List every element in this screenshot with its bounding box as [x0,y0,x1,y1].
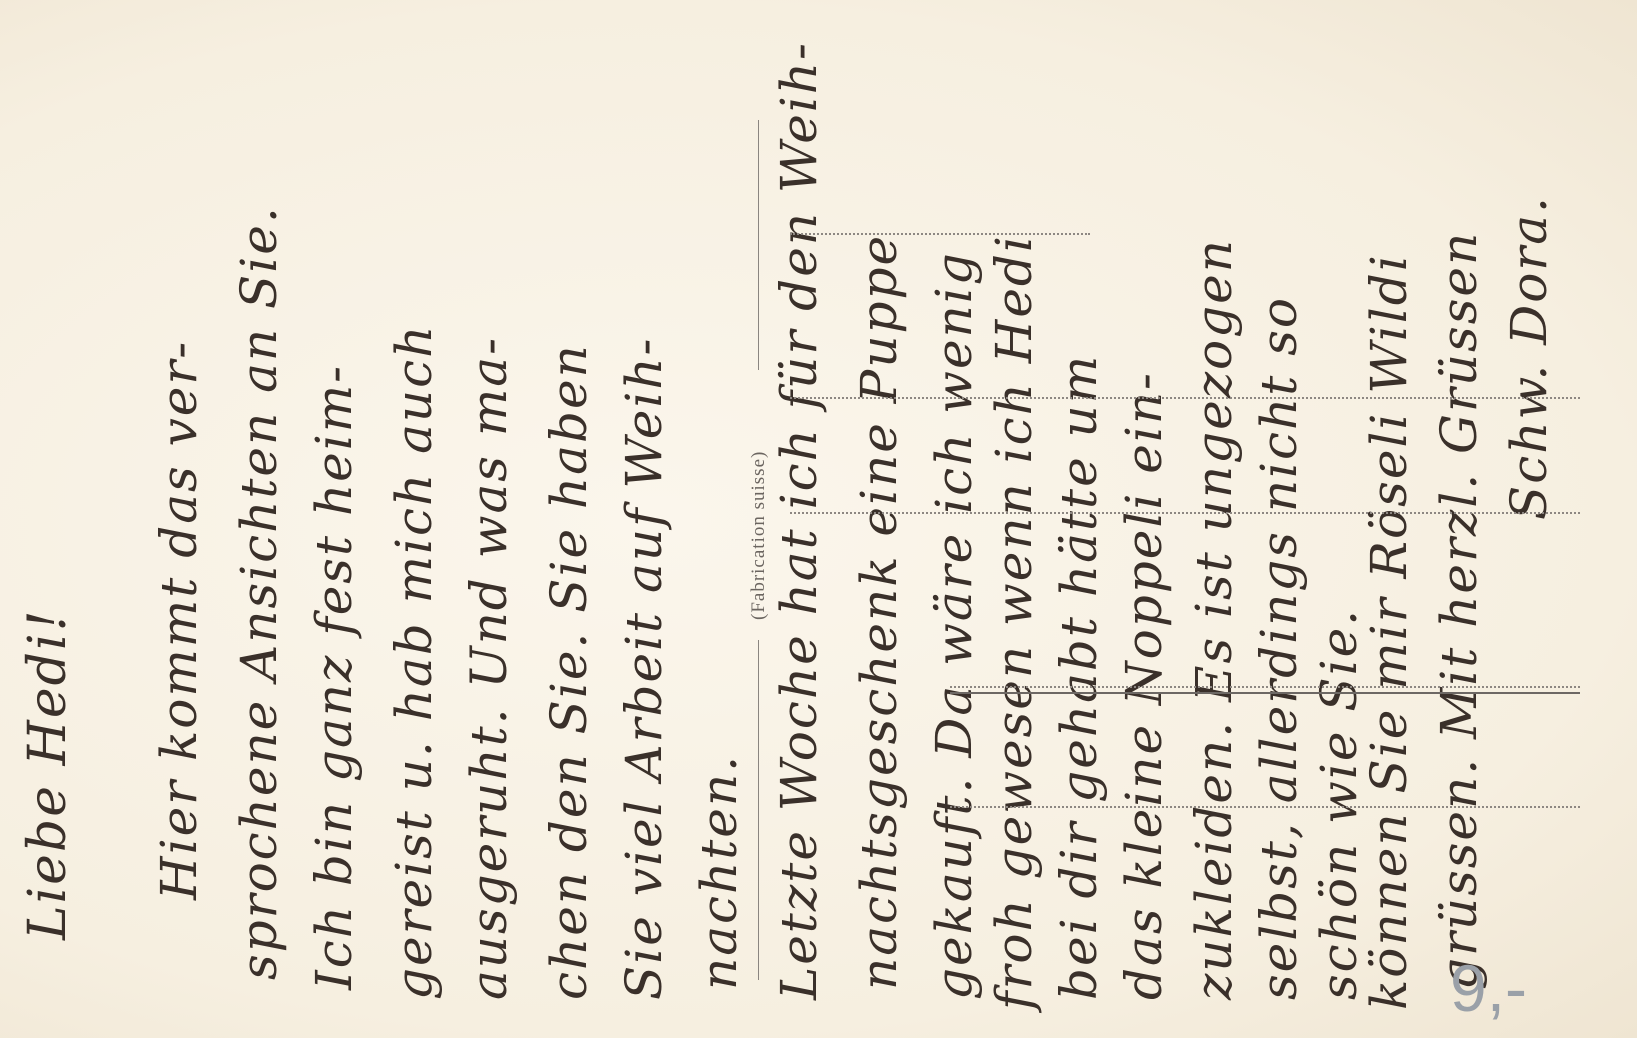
signature: Schw. Dora. [1500,195,1558,520]
text-line-11: gekauft. Da wäre ich wenig [925,251,983,1000]
fabrication-label: (Fabrication suisse) [748,451,770,620]
text-line-19: grüssen. Mit herzl. Grüssen [1430,231,1488,990]
text-line-9: Letzte Woche hat ich für den Weih- [770,41,828,1000]
address-rule [950,692,1580,694]
text-line-13: bei dir gehabt hätte um [1050,354,1108,1000]
pencil-price-mark: 9,- [1450,950,1527,1026]
text-line-18: können Sie mir Röseli Wildi [1360,253,1418,1010]
text-line-7: Sie viel Arbeit auf Weih- [615,337,673,1000]
text-line-12: froh gewesen wenn ich Hedi [985,234,1043,1010]
text-line-3: Ich bin ganz fest heim- [305,364,363,990]
text-line-4: gereist u. hab mich auch [385,324,443,1000]
divider-top [758,120,759,370]
address-line-3 [790,512,1580,514]
text-line-5: ausgeruht. Und was ma- [460,336,518,1000]
address-line-1 [790,233,1090,235]
postcard-back: Liebe Hedi! Hier kommt das ver- sprochen… [0,0,1637,1038]
text-line-16: selbst, allerdings nicht so [1250,296,1308,1000]
text-line-6: chen den Sie. Sie haben [540,343,598,1000]
text-line-1: Hier kommt das ver- [150,340,208,900]
address-line-2 [790,397,1580,399]
text-line-10: nachtsgeschenk eine Puppe [850,234,908,990]
greeting-line: Liebe Hedi! [18,609,78,940]
text-line-15: zukleiden. Es ist ungezogen [1185,238,1243,1000]
divider-bottom [758,640,759,980]
address-line-5 [950,806,1580,808]
text-line-2: sprochene Ansichten an Sie. [230,205,288,980]
address-line-4 [950,686,1580,688]
text-line-8: nachten. [690,754,748,990]
